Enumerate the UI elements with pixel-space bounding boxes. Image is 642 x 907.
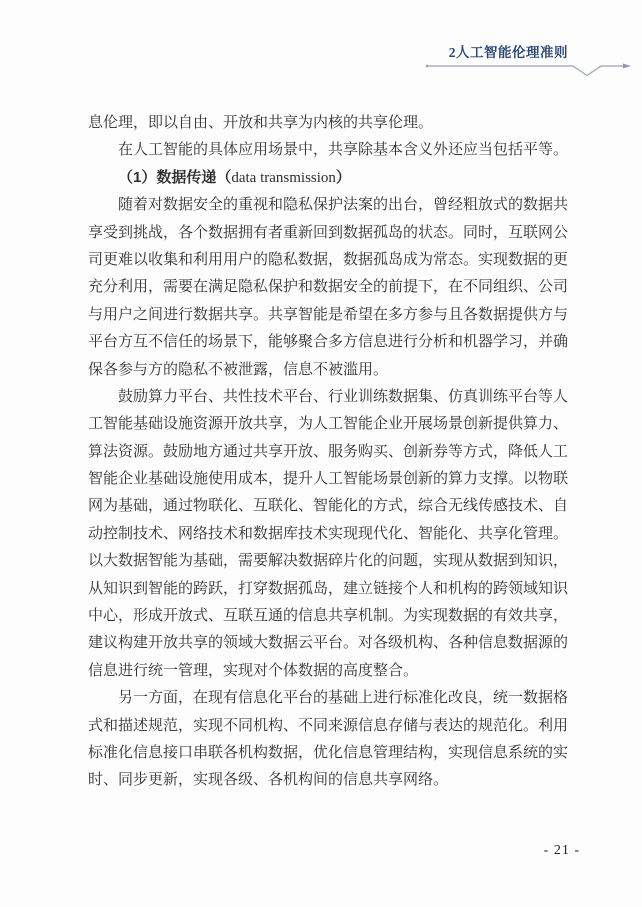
body-text-line: 动控制技术、网络技术和数据库技术实现现代化、智能化、共享化管理。 xyxy=(88,520,570,547)
body-text-line: 在人工智能的具体应用场景中，共享除基本含义外还应当包括平等。 xyxy=(88,136,570,163)
body-text-line: 享受到挑战，各个数据拥有者重新回到数据孤岛的状态。同时，互联网公 xyxy=(88,219,570,246)
header-rule-arrow-tip xyxy=(623,64,631,69)
heading-latin-text: data transmission xyxy=(231,170,336,186)
body-text-line: 从知识到智能的跨跃，打穿数据孤岛，建立链接个人和机构的跨领域知识 xyxy=(88,575,570,602)
body-text-line: 司更难以收集和利用用户的隐私数据，数据孤岛成为常态。实现数据的更 xyxy=(88,246,570,273)
body-text-line: 智能企业基础设施使用成本，提升人工智能场景创新的算力支撑。以物联 xyxy=(88,465,570,492)
page-number: - 21 - xyxy=(544,843,580,859)
body-text-line: 中心，形成开放式、互联互通的信息共享机制。为实现数据的有效共享， xyxy=(88,602,570,629)
body-text-line: 网为基础，通过物联化、互联化、智能化的方式，综合无线传感技术、自 xyxy=(88,492,570,519)
header-rule-decoration xyxy=(0,0,642,90)
body-text-line: 建议构建开放共享的领域大数据云平台。对各级机构、各种信息数据源的 xyxy=(88,629,570,656)
heading-cjk-text: ） xyxy=(336,169,351,186)
body-text-line: 充分利用，需要在满足隐私保护和数据安全的前提下，在不同组织、公司 xyxy=(88,273,570,300)
body-text-line: 工智能基础设施资源开放共享，为人工智能企业开展场景创新提供算力、 xyxy=(88,410,570,437)
body-text-line: 鼓励算力平台、共性技术平台、行业训练数据集、仿真训练平台等人 xyxy=(88,383,570,410)
body-text-line: 与用户之间进行数据共享。共享智能是希望在多方参与且各数据提供方与 xyxy=(88,301,570,328)
body-text-line: 以大数据智能为基础，需要解决数据碎片化的问题，实现从数据到知识， xyxy=(88,547,570,574)
body-text-line: 息伦理，即以自由、开放和共享为内核的共享伦理。 xyxy=(88,109,570,136)
document-page: 2人工智能伦理准则 息伦理，即以自由、开放和共享为内核的共享伦理。在人工智能的具… xyxy=(0,0,642,907)
section-heading-line: （1）数据传递（data transmission） xyxy=(88,164,570,191)
header-rule-chevron-line xyxy=(427,66,624,76)
body-text-line: 时、同步更新，实现各级、各机构间的信息共享网络。 xyxy=(88,766,570,793)
body-text-line: 标准化信息接口串联各机构数据，优化信息管理结构，实现信息系统的实 xyxy=(88,739,570,766)
header-rule-start-dot xyxy=(426,65,429,68)
body-text-line: 算法资源。鼓励地方通过共享开放、服务购买、创新券等方式，降低人工 xyxy=(88,438,570,465)
body-text-line: 保各参与方的隐私不被泄露，信息不被滥用。 xyxy=(88,356,570,383)
body-text-line: 另一方面，在现有信息化平台的基础上进行标准化改良，统一数据格 xyxy=(88,684,570,711)
body-text: 息伦理，即以自由、开放和共享为内核的共享伦理。在人工智能的具体应用场景中，共享除… xyxy=(88,109,570,794)
body-text-line: 式和描述规范，实现不同机构、不同来源信息存储与表达的规范化。利用 xyxy=(88,712,570,739)
body-text-line: 随着对数据安全的重视和隐私保护法案的出台，曾经粗放式的数据共 xyxy=(88,191,570,218)
heading-cjk-text: （1）数据传递（ xyxy=(118,169,231,186)
body-text-line: 信息进行统一管理，实现对个体数据的高度整合。 xyxy=(88,657,570,684)
body-text-line: 平台方互不信任的场景下，能够聚合多方信息进行分析和机器学习，并确 xyxy=(88,328,570,355)
